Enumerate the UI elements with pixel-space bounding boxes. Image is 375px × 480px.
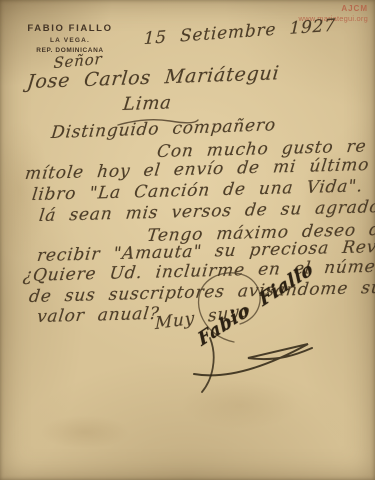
letterhead-city: LA VEGA. bbox=[20, 36, 120, 46]
scanned-letter-page: FABIO FIALLO LA VEGA. REP. DOMINICANA AJ… bbox=[0, 0, 375, 480]
letterhead-sender-name: FABIO FIALLO bbox=[20, 23, 120, 36]
letter-greeting: Distinguido compañero bbox=[50, 117, 277, 142]
body-line: valor anual? bbox=[36, 306, 160, 326]
paper-stain bbox=[180, 380, 300, 430]
letterhead: FABIO FIALLO LA VEGA. REP. DOMINICANA bbox=[20, 23, 120, 55]
letter-recipient-city: Lima bbox=[122, 94, 173, 114]
letter-date: 15 Setiembre 1927 bbox=[143, 18, 336, 49]
watermark-initials: AJCM bbox=[299, 4, 368, 14]
paper-stain bbox=[40, 415, 130, 449]
